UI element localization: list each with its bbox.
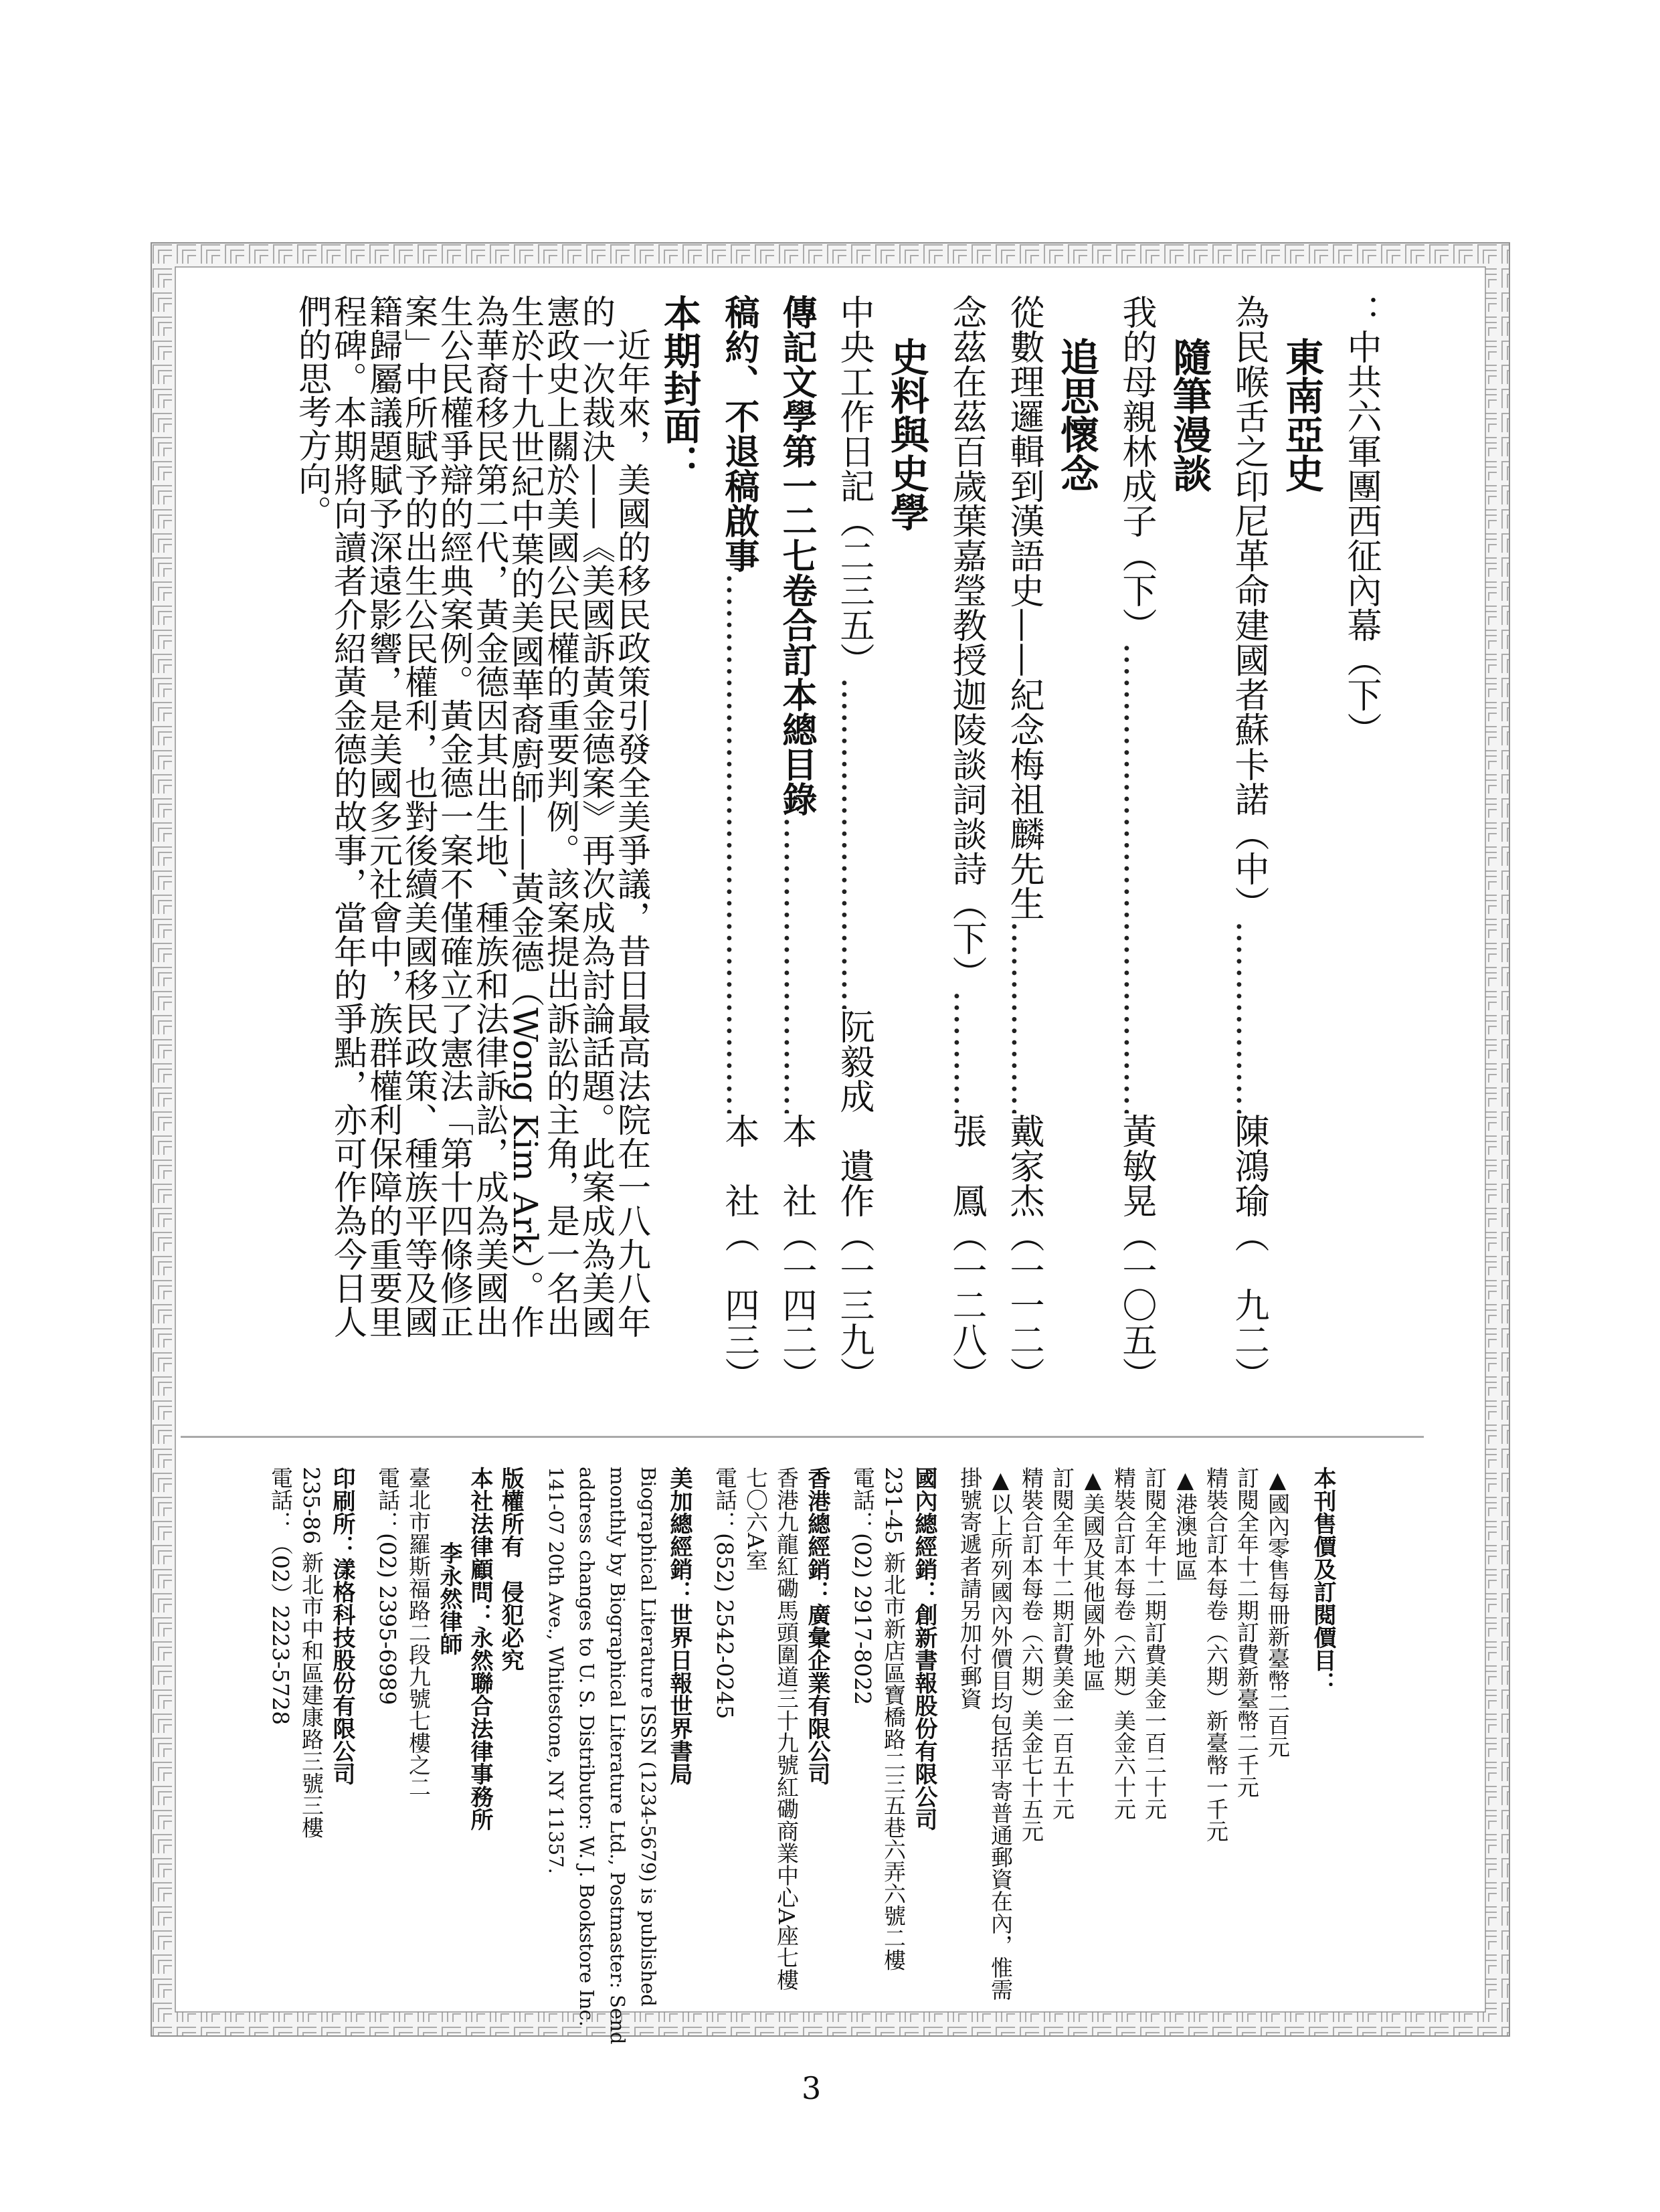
toc-entry-continuation: ：中共六軍團西征內幕（下） bbox=[1344, 294, 1378, 1392]
printer-header: 印刷所：漾格科技股份有限公司 bbox=[327, 1467, 357, 2042]
toc-author-page: 陳鴻瑜（ 九二） bbox=[1231, 1113, 1266, 1392]
toc-author: 阮毅成 遺作 bbox=[834, 1009, 874, 1218]
pricing-line: 訂閱全年十二期訂費美金一百五十元 bbox=[1046, 1467, 1077, 2042]
toc-title: 從數理邏輯到漢語史——紀念梅祖麟先生 bbox=[1006, 294, 1041, 921]
pricing-line: 精裝合訂本每卷（六期）美金七十五元 bbox=[1016, 1467, 1046, 2042]
legal-advisor-address: 臺北市羅斯福路二段九號七樓之二 bbox=[403, 1467, 434, 2042]
magazine-toc-page: ：中共六軍團西征內幕（下） 東南亞史 為民喉舌之印尼革命建國者蘇卡諾（中） ……… bbox=[0, 0, 1660, 2212]
toc-title: 為民喉舌之印尼革命建國者蘇卡諾（中） bbox=[1231, 294, 1266, 921]
pricing-line: ▲國內零售每冊新臺幣二百元 bbox=[1262, 1467, 1293, 2042]
pricing-line: ▲美國及其他國外地區 bbox=[1077, 1467, 1108, 2042]
toc-title: 我的母親林成子（下） bbox=[1119, 294, 1154, 642]
issn-statement-line: address changes to U. S. Distributor: W.… bbox=[571, 1467, 602, 2042]
hongkong-distributor-address2: 七〇六A室 bbox=[740, 1467, 771, 2042]
issn-statement-line: monthly by Biographical Literature Ltd.,… bbox=[602, 1467, 633, 2042]
toc-title: 稿約、不退稿啟事 bbox=[721, 294, 756, 573]
cover-note-paragraph: 近年來，美國的移民政策引發全美爭議，昔日最高法院在一八九八年的一次裁決——《美國… bbox=[294, 294, 649, 1338]
section-header-southeast-asia-history: 東南亞史 bbox=[1282, 294, 1321, 1392]
section-header-remembrance: 追思懷念 bbox=[1057, 294, 1096, 1392]
toc-entry: 為民喉舌之印尼革命建國者蘇卡諾（中） ………………………………………………………… bbox=[1231, 294, 1266, 1392]
cover-note-header: 本期封面： bbox=[660, 294, 699, 1392]
toc-entry: 傳記文學第一二七卷合訂本總目錄 ………………………………………………………… 本… bbox=[779, 294, 814, 1392]
toc-entry: 我的母親林成子（下） ………………………………………………………… 黃敏晃（一〇… bbox=[1119, 294, 1154, 1392]
section-header-essays: 隨筆漫談 bbox=[1170, 294, 1208, 1392]
toc-author-page: 阮毅成 遺作（一三九） bbox=[836, 1009, 871, 1392]
hongkong-distributor-address: 香港九龍紅磡馬頭圍道三十九號紅磡商業中心A座七樓 bbox=[771, 1467, 802, 2042]
toc-page: （一一二） bbox=[1004, 1218, 1044, 1392]
issn-statement-line: Biographical Literature ISSN (1234-5679)… bbox=[633, 1467, 664, 2042]
toc-page: （一二八） bbox=[946, 1218, 986, 1392]
toc-author: 本 社 bbox=[776, 1113, 816, 1218]
toc-title: 念茲在茲百歲葉嘉瑩教授迦陵談詞談詩（下） bbox=[949, 294, 984, 990]
leader-dots: ………………………………………………………… bbox=[836, 677, 871, 1009]
toc-page: （ 九二） bbox=[1228, 1218, 1269, 1392]
section-header-historical-materials: 史料與史學 bbox=[887, 294, 926, 1392]
leader-dots: ………………………………………………………… bbox=[949, 990, 984, 1113]
pricing-header: 本刊售價及訂閱價目： bbox=[1307, 1467, 1338, 2042]
toc-entry: 從數理邏輯到漢語史——紀念梅祖麟先生 ………………………………………………………… bbox=[1006, 294, 1041, 1392]
copyright-notice: 版權所有 侵犯必究 bbox=[495, 1467, 526, 2042]
usa-distributor-header: 美加總經銷：世界日報世界書局 bbox=[664, 1467, 695, 2042]
toc-author: 陳鴻瑜 bbox=[1228, 1113, 1269, 1218]
toc-author: 戴家杰 bbox=[1004, 1113, 1044, 1218]
legal-advisor-tel: 電話：(02) 2395-6989 bbox=[372, 1467, 403, 2042]
toc-entry: 中央工作日記（二三五） ………………………………………………………… 阮毅成 遺… bbox=[836, 294, 871, 1392]
hongkong-distributor-header: 香港總經銷：廣彙企業有限公司 bbox=[802, 1467, 832, 2042]
toc-title: 中央工作日記（二三五） bbox=[836, 294, 871, 677]
page-number: 3 bbox=[802, 2073, 821, 2104]
pricing-line: 掛號寄遞者請另加付郵資 bbox=[954, 1467, 985, 2042]
domestic-distributor-tel: 電話：(02) 2917-8022 bbox=[847, 1467, 878, 2042]
toc-page: （一四二） bbox=[776, 1218, 816, 1392]
printer-address: 235-86 新北市中和區建康路三號三樓 bbox=[296, 1467, 327, 2042]
toc-author-page: 黃敏晃（一〇五） bbox=[1119, 1113, 1154, 1392]
toc-author: 黃敏晃 bbox=[1116, 1113, 1156, 1218]
domestic-distributor-header: 國內總經銷：創新書報股份有限公司 bbox=[909, 1467, 939, 2042]
pricing-line: 精裝合訂本每卷（六期）美金六十元 bbox=[1108, 1467, 1139, 2042]
pricing-line: 訂閱全年十二期訂費美金一百二十元 bbox=[1139, 1467, 1170, 2042]
issn-statement-line: 141-07 20th Ave., Whitestone, NY 11357. bbox=[541, 1467, 571, 2042]
colophon-section: 本刊售價及訂閱價目： ▲國內零售每冊新臺幣二百元 訂閱全年十二期訂費新臺幣二千元… bbox=[221, 1467, 1338, 2042]
toc-page: （一〇五） bbox=[1116, 1218, 1156, 1392]
toc-author: 本 社 bbox=[719, 1113, 759, 1218]
leader-dots: ………………………………………………………… bbox=[1006, 921, 1041, 1113]
toc-page: （ 四三） bbox=[719, 1218, 759, 1392]
leader-dots: ………………………………………………………… bbox=[1119, 642, 1154, 1113]
pricing-line: ▲以上所列國內外價目均包括平寄普通郵資在內，惟需 bbox=[985, 1467, 1016, 2042]
toc-title: 傳記文學第一二七卷合訂本總目錄 bbox=[779, 294, 814, 816]
hongkong-distributor-tel: 電話：(852) 2542-0245 bbox=[709, 1467, 740, 2042]
toc-author: 張 鳳 bbox=[946, 1113, 986, 1218]
leader-dots: ………………………………………………………… bbox=[779, 816, 814, 1113]
toc-author-page: 張 鳳（一二八） bbox=[949, 1113, 984, 1392]
pricing-line: ▲港澳地區 bbox=[1170, 1467, 1200, 2042]
toc-author-page: 戴家杰（一一二） bbox=[1006, 1113, 1041, 1392]
toc-author-page: 本 社（一四二） bbox=[779, 1113, 814, 1392]
toc-title: ：中共六軍團西征內幕（下） bbox=[1344, 294, 1378, 747]
toc-author-page: 本 社（ 四三） bbox=[721, 1113, 756, 1392]
legal-advisor-lawyer: 李永然律師 bbox=[434, 1467, 464, 2042]
leader-dots: ………………………………………………………… bbox=[1231, 921, 1266, 1113]
leader-dots: ………………………………………………………… bbox=[721, 573, 756, 1113]
domestic-distributor-address: 231-45 新北市新店區寶橋路二三五巷六弄六號二樓 bbox=[878, 1467, 909, 2042]
toc-section: ：中共六軍團西征內幕（下） 東南亞史 為民喉舌之印尼革命建國者蘇卡諾（中） ……… bbox=[201, 294, 1378, 1392]
pricing-line: 精裝合訂本每卷（六期）新臺幣一千元 bbox=[1200, 1467, 1231, 2042]
printer-tel: 電話：（02）2223-5728 bbox=[265, 1467, 296, 2042]
toc-entry: 稿約、不退稿啟事 ………………………………………………………… 本 社（ 四三） bbox=[721, 294, 756, 1392]
toc-entry: 念茲在茲百歲葉嘉瑩教授迦陵談詞談詩（下） …………………………………………………… bbox=[949, 294, 984, 1392]
horizontal-divider bbox=[181, 1436, 1424, 1438]
legal-advisor-header: 本社法律顧問：永然聯合法律事務所 bbox=[464, 1467, 495, 2042]
toc-page: （一三九） bbox=[834, 1218, 874, 1392]
pricing-line: 訂閱全年十二期訂費新臺幣二千元 bbox=[1231, 1467, 1262, 2042]
